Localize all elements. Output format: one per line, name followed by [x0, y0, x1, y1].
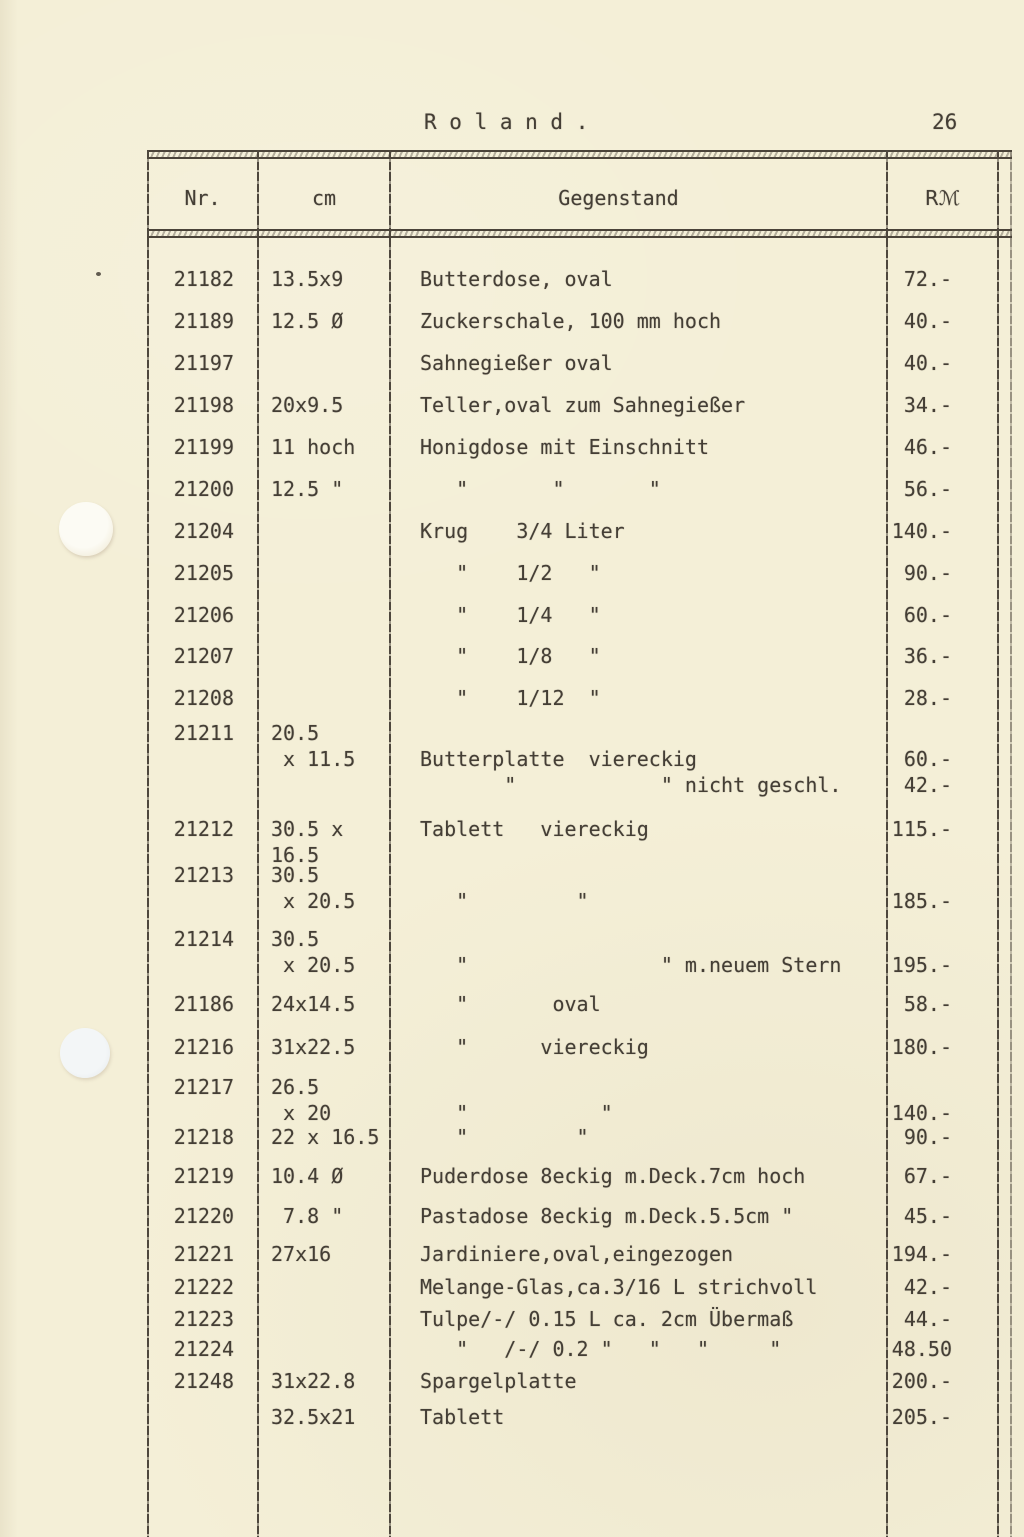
- cell-item: Tablett: [390, 1404, 887, 1430]
- cell-cm: 24x14.5: [258, 991, 390, 1017]
- cell-cm: 27x16: [258, 1241, 390, 1267]
- cell-rm: 200.-: [887, 1368, 998, 1394]
- cell-rm: 72.-: [887, 266, 998, 292]
- column-header-item: Gegenstand: [390, 186, 887, 210]
- cell-nr: 21199: [147, 434, 258, 460]
- table-row: 2121631x22.5 " viereckig180.-: [147, 1034, 998, 1060]
- cell-item: " 1/2 ": [390, 560, 887, 586]
- cell-item: " ": [390, 1124, 887, 1150]
- cell-nr: 21208: [147, 685, 258, 711]
- column-header-cm: cm: [258, 186, 390, 210]
- cell-nr: 21221: [147, 1241, 258, 1267]
- cell-item: Zuckerschale, 100 mm hoch: [390, 308, 887, 334]
- table-row: 21207 " 1/8 "36.-: [147, 643, 998, 669]
- cell-item: " /-/ 0.2 " " " ": [390, 1336, 887, 1362]
- cell-nr: 21248: [147, 1368, 258, 1394]
- cell-nr: 21213: [147, 862, 258, 888]
- cell-nr: 21186: [147, 991, 258, 1017]
- cell-item: " 1/12 ": [390, 685, 887, 711]
- table-row: 2121120.5 x 11.5 Butterplatte viereckig …: [147, 720, 998, 798]
- cell-item: " viereckig: [390, 1034, 887, 1060]
- cell-item: Sahnegießer oval: [390, 350, 887, 376]
- cell-nr: 21223: [147, 1306, 258, 1332]
- table-row: 2120012.5 " " " "56.-: [147, 476, 998, 502]
- table-row: 2121726.5 x 20 " " 140.-: [147, 1074, 998, 1126]
- table-row: 2118213.5x9Butterdose, oval72.-: [147, 266, 998, 292]
- cell-item: Krug 3/4 Liter: [390, 518, 887, 544]
- cell-nr: 21200: [147, 476, 258, 502]
- cell-nr: 21206: [147, 602, 258, 628]
- table-row: 2121230.5 x 16.5Tablett viereckig115.-: [147, 816, 998, 868]
- column-header-rm: Rℳ: [887, 186, 998, 210]
- cell-cm: 7.8 ": [258, 1203, 390, 1229]
- cell-rm: 40.-: [887, 350, 998, 376]
- cell-item: " ": [390, 1074, 887, 1126]
- cell-item: Spargelplatte: [390, 1368, 887, 1394]
- table-row: 21223Tulpe/-/ 0.15 L ca. 2cm Übermaß44.-: [147, 1306, 998, 1332]
- cell-nr: 21198: [147, 392, 258, 418]
- cell-item: " 1/4 ": [390, 602, 887, 628]
- punch-hole-top: [59, 502, 113, 556]
- cell-cm: 31x22.8: [258, 1368, 390, 1394]
- cell-item: Butterplatte viereckig " " nicht geschl.: [390, 720, 887, 798]
- page-number: 26: [932, 110, 957, 134]
- cell-nr: 21218: [147, 1124, 258, 1150]
- table-row: 21205 " 1/2 "90.-: [147, 560, 998, 586]
- cell-item: Jardiniere,oval,eingezogen: [390, 1241, 887, 1267]
- cell-rm: 60.-: [887, 602, 998, 628]
- cell-rm: 58.-: [887, 991, 998, 1017]
- cell-rm: 42.-: [887, 1274, 998, 1300]
- table-border-outer-right: [1010, 150, 1012, 1537]
- table-row: 2121822 x 16.5 " "90.-: [147, 1124, 998, 1150]
- cell-rm: 67.-: [887, 1163, 998, 1189]
- cell-rm: 56.-: [887, 476, 998, 502]
- table-row: 32.5x21Tablett205.-: [147, 1404, 998, 1430]
- cell-cm: 31x22.5: [258, 1034, 390, 1060]
- cell-cm: 32.5x21: [258, 1404, 390, 1430]
- cell-item: Tablett viereckig: [390, 816, 887, 842]
- table-row: 2124831x22.8Spargelplatte200.-: [147, 1368, 998, 1394]
- cell-item: " " ": [390, 476, 887, 502]
- cell-nr: 21197: [147, 350, 258, 376]
- cell-item: Puderdose 8eckig m.Deck.7cm hoch: [390, 1163, 887, 1189]
- cell-cm: 10.4 Ø: [258, 1163, 390, 1189]
- cell-item: Melange-Glas,ca.3/16 L strichvoll: [390, 1274, 887, 1300]
- table-row: 21224 " /-/ 0.2 " " " "48.50: [147, 1336, 998, 1362]
- cell-item: " ": [390, 862, 887, 914]
- cell-item: " oval: [390, 991, 887, 1017]
- cell-cm: 12.5 ": [258, 476, 390, 502]
- cell-cm: 20x9.5: [258, 392, 390, 418]
- cell-item: Teller,oval zum Sahnegießer: [390, 392, 887, 418]
- cell-rm: 180.-: [887, 1034, 998, 1060]
- cell-rm: 48.50: [887, 1336, 998, 1362]
- punch-hole-bottom: [60, 1028, 110, 1078]
- cell-nr: 21220: [147, 1203, 258, 1229]
- cell-nr: 21222: [147, 1274, 258, 1300]
- cell-cm: 20.5 x 11.5: [258, 720, 390, 772]
- cell-item: " " m.neuem Stern: [390, 926, 887, 978]
- cell-cm: 12.5 Ø: [258, 308, 390, 334]
- cell-rm: 140.-: [887, 518, 998, 544]
- table-row: 2118624x14.5 " oval58.-: [147, 991, 998, 1017]
- cell-nr: 21212: [147, 816, 258, 842]
- table-row: 21208 " 1/12 "28.-: [147, 685, 998, 711]
- table-row: 21197Sahnegießer oval40.-: [147, 350, 998, 376]
- table-row: 2118912.5 ØZuckerschale, 100 mm hoch40.-: [147, 308, 998, 334]
- cell-item: Tulpe/-/ 0.15 L ca. 2cm Übermaß: [390, 1306, 887, 1332]
- cell-rm: 34.-: [887, 392, 998, 418]
- cell-nr: 21211: [147, 720, 258, 746]
- cell-item: Honigdose mit Einschnitt: [390, 434, 887, 460]
- cell-rm: 140.-: [887, 1074, 998, 1126]
- table-row: 2122127x16Jardiniere,oval,eingezogen194.…: [147, 1241, 998, 1267]
- cell-rm: 36.-: [887, 643, 998, 669]
- cell-rm: 45.-: [887, 1203, 998, 1229]
- cell-nr: 21217: [147, 1074, 258, 1100]
- cell-cm: 30.5 x 20.5: [258, 862, 390, 914]
- table-row: 2121430.5 x 20.5 " " m.neuem Stern 195.-: [147, 926, 998, 978]
- table-row: 2121330.5 x 20.5 " " 185.-: [147, 862, 998, 914]
- table-row: 2121910.4 ØPuderdose 8eckig m.Deck.7cm h…: [147, 1163, 998, 1189]
- cell-cm: 22 x 16.5: [258, 1124, 390, 1150]
- cell-nr: 21216: [147, 1034, 258, 1060]
- table-border-top: [147, 150, 1012, 159]
- table-row: 2119820x9.5Teller,oval zum Sahnegießer34…: [147, 392, 998, 418]
- table-row: 21206 " 1/4 "60.-: [147, 602, 998, 628]
- cell-nr: 21214: [147, 926, 258, 952]
- cell-rm: 205.-: [887, 1404, 998, 1430]
- cell-nr: 21219: [147, 1163, 258, 1189]
- cell-nr: 21182: [147, 266, 258, 292]
- cell-rm: 115.-: [887, 816, 998, 842]
- table-row: 21204Krug 3/4 Liter140.-: [147, 518, 998, 544]
- cell-rm: 46.-: [887, 434, 998, 460]
- cell-rm: 28.-: [887, 685, 998, 711]
- cell-nr: 21207: [147, 643, 258, 669]
- table-row: 21222Melange-Glas,ca.3/16 L strichvoll42…: [147, 1274, 998, 1300]
- cell-cm: 13.5x9: [258, 266, 390, 292]
- cell-nr: 21204: [147, 518, 258, 544]
- column-header-nr: Nr.: [147, 186, 258, 210]
- cell-nr: 21224: [147, 1336, 258, 1362]
- ink-speck: [96, 272, 101, 276]
- cell-rm: 40.-: [887, 308, 998, 334]
- cell-rm: 195.-: [887, 926, 998, 978]
- table-row: 2119911 hochHonigdose mit Einschnitt46.-: [147, 434, 998, 460]
- cell-rm: 60.- 42.-: [887, 720, 998, 798]
- cell-rm: 44.-: [887, 1306, 998, 1332]
- cell-cm: 26.5 x 20: [258, 1074, 390, 1126]
- cell-cm: 30.5 x 16.5: [258, 816, 390, 868]
- table-row: 21220 7.8 "Pastadose 8eckig m.Deck.5.5cm…: [147, 1203, 998, 1229]
- cell-item: Butterdose, oval: [390, 266, 887, 292]
- cell-item: " 1/8 ": [390, 643, 887, 669]
- document-page: R o l a n d . 26 Nr. cm Gegenstand Rℳ 21…: [0, 0, 1024, 1537]
- cell-item: Pastadose 8eckig m.Deck.5.5cm ": [390, 1203, 887, 1229]
- cell-rm: 194.-: [887, 1241, 998, 1267]
- cell-rm: 185.-: [887, 862, 998, 914]
- cell-rm: 90.-: [887, 1124, 998, 1150]
- cell-nr: 21189: [147, 308, 258, 334]
- table-header-divider: [147, 229, 1012, 238]
- cell-nr: 21205: [147, 560, 258, 586]
- cell-cm: 30.5 x 20.5: [258, 926, 390, 978]
- cell-cm: 11 hoch: [258, 434, 390, 460]
- cell-rm: 90.-: [887, 560, 998, 586]
- page-title: R o l a n d .: [424, 110, 588, 134]
